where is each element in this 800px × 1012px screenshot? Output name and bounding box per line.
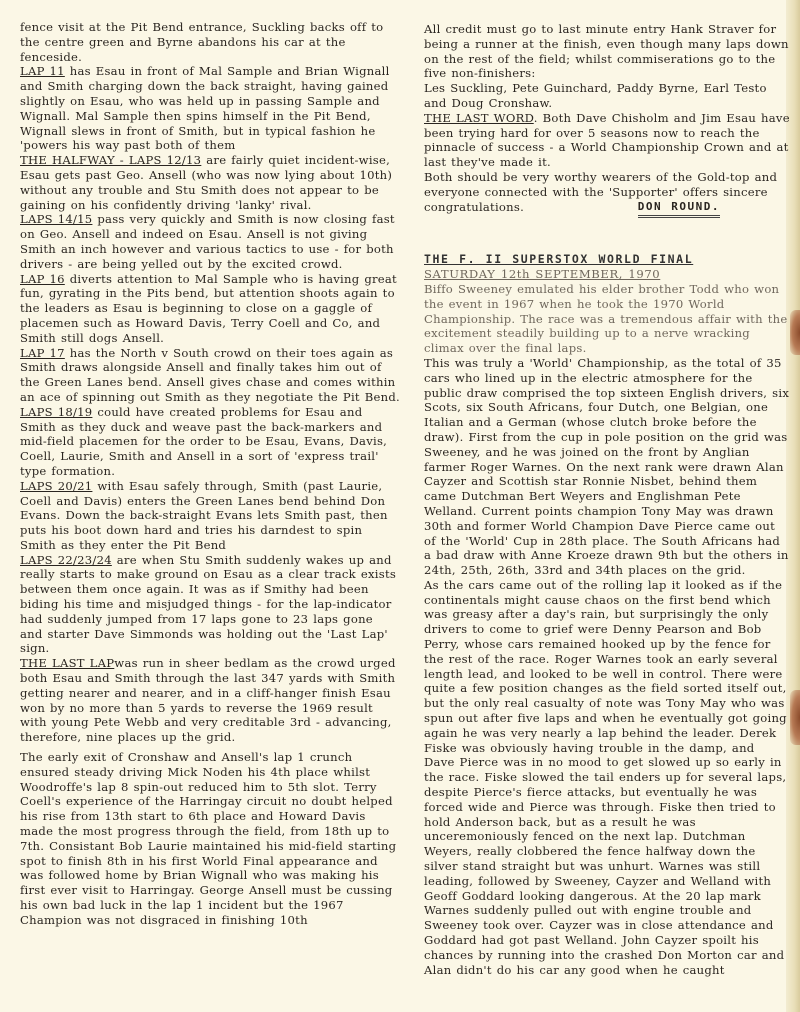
paragraph-lead: LAPS 18/19 <box>20 405 92 419</box>
paragraph-text: diverts attention to Mal Sample who is h… <box>20 272 397 345</box>
paragraph-text: This was truly a 'World' Championship, a… <box>424 356 789 577</box>
paragraph: LAPS 20/21 with Esau safely through, Smi… <box>20 479 400 553</box>
paragraph-text: All credit must go to last minute entry … <box>424 22 789 80</box>
paragraph: The early exit of Cronshaw and Ansell's … <box>20 750 400 928</box>
paragraph-text: Biffo Sweeney emulated his elder brother… <box>424 282 787 355</box>
paragraph: THE LAST WORD. Both Dave Chisholm and Ji… <box>424 111 790 170</box>
paragraph-text: are when Stu Smith suddenly wakes up and… <box>20 553 396 656</box>
paragraph-lead: THE LAST LAP <box>20 656 114 670</box>
paragraph-lead: LAP 16 <box>20 272 65 286</box>
author-signature: DON ROUND. <box>638 200 720 219</box>
paragraph: LAPS 18/19 could have created problems f… <box>20 405 400 479</box>
paragraph: As the cars came out of the rolling lap … <box>424 578 790 978</box>
signature-row: congratulations. DON ROUND. <box>424 200 790 219</box>
paragraph-lead: LAPS 14/15 <box>20 212 92 226</box>
paragraph: LAP 11 has Esau in front of Mal Sample a… <box>20 64 400 153</box>
paragraph-text: has the North v South crowd on their toe… <box>20 346 400 404</box>
paragraph: Les Suckling, Pete Guinchard, Paddy Byrn… <box>424 81 790 111</box>
page-stain <box>790 690 800 745</box>
paragraph: THE LAST LAPwas run in sheer bedlam as t… <box>20 656 400 745</box>
paragraph-lead: LAPS 22/23/24 <box>20 553 112 567</box>
paragraph: This was truly a 'World' Championship, a… <box>424 356 790 578</box>
paragraph: All credit must go to last minute entry … <box>424 22 790 81</box>
paragraph-lead: THE LAST WORD <box>424 111 534 125</box>
paragraph-lead: LAP 11 <box>20 64 65 78</box>
paragraph: LAP 17 has the North v South crowd on th… <box>20 346 400 405</box>
article-headline: THE F. II SUPERSTOX WORLD FINAL <box>424 252 790 267</box>
paragraph-text: As the cars came out of the rolling lap … <box>424 578 787 977</box>
paragraph-text: has Esau in front of Mal Sample and Bria… <box>20 64 390 152</box>
article-date: SATURDAY 12th SEPTEMBER, 1970 <box>424 267 790 282</box>
paragraph: LAPS 22/23/24 are when Stu Smith suddenl… <box>20 553 400 657</box>
right-column: All credit must go to last minute entry … <box>424 22 790 977</box>
paragraph: Biffo Sweeney emulated his elder brother… <box>424 282 790 356</box>
paragraph-lead: LAP 17 <box>20 346 65 360</box>
paragraph: Both should be very worthy wearers of th… <box>424 170 790 200</box>
paragraph-text: Les Suckling, Pete Guinchard, Paddy Byrn… <box>424 81 767 110</box>
paragraph: THE HALFWAY - LAPS 12/13 are fairly quie… <box>20 153 400 212</box>
paragraph: LAP 16 diverts attention to Mal Sample w… <box>20 272 400 346</box>
page-stain <box>790 310 800 355</box>
paragraph-text: The early exit of Cronshaw and Ansell's … <box>20 750 396 927</box>
paragraph-lead: LAPS 20/21 <box>20 479 92 493</box>
paragraph-lead: THE HALFWAY - LAPS 12/13 <box>20 153 201 167</box>
closing-line: congratulations. <box>424 200 524 219</box>
paragraph-text: Both should be very worthy wearers of th… <box>424 170 777 199</box>
left-column: fence visit at the Pit Bend entrance, Su… <box>20 20 400 928</box>
paragraph: LAPS 14/15 pass very quickly and Smith i… <box>20 212 400 271</box>
paragraph: fence visit at the Pit Bend entrance, Su… <box>20 20 400 64</box>
paragraph-text: fence visit at the Pit Bend entrance, Su… <box>20 20 383 64</box>
